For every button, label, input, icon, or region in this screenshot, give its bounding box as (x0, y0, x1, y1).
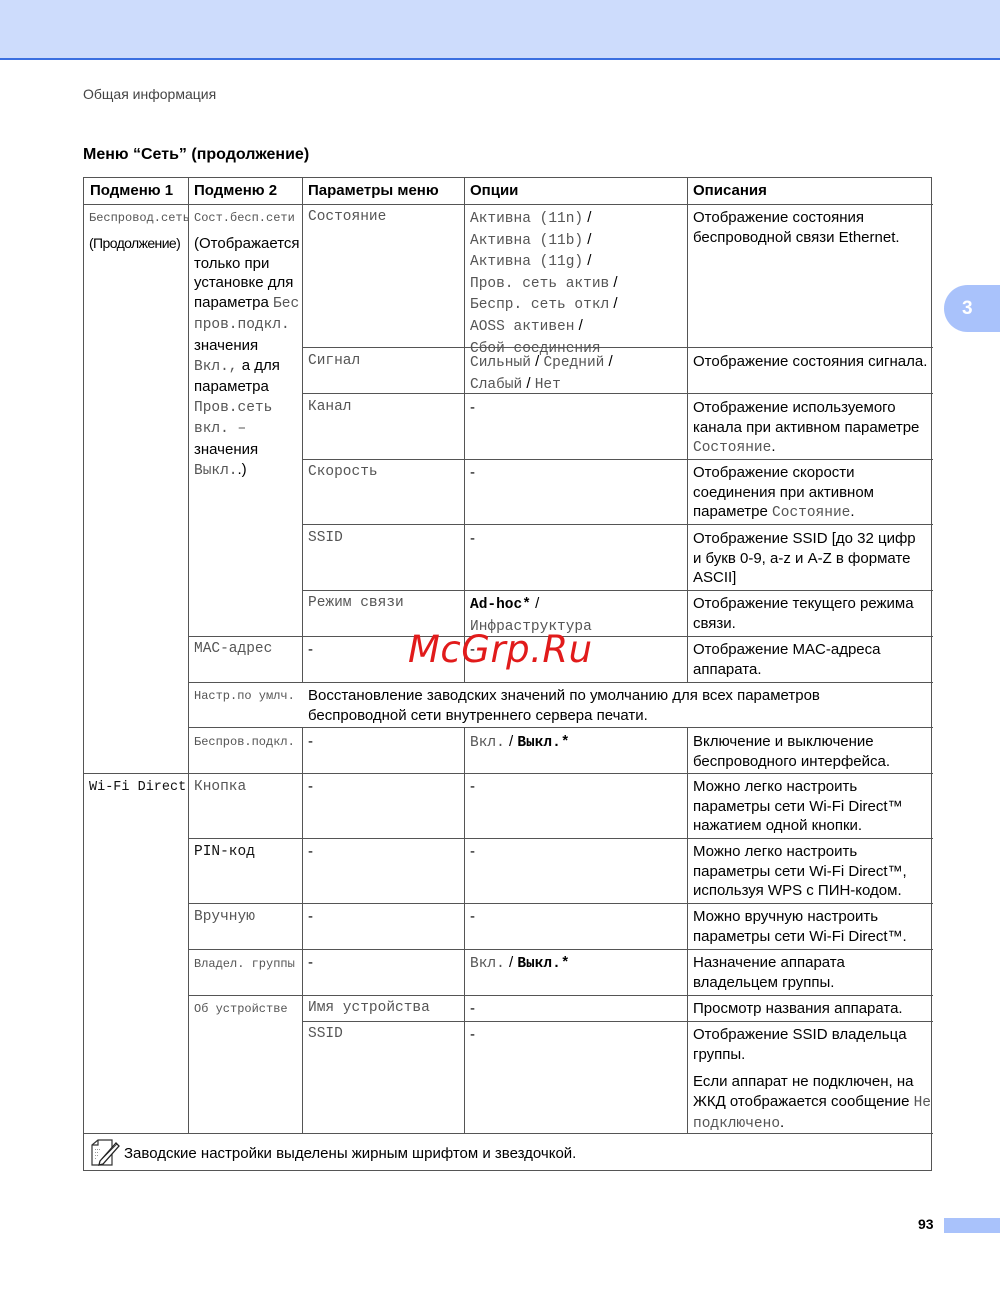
note-lcd-value: Вкл., (194, 359, 238, 375)
note-text: значения (194, 441, 258, 458)
description-wlan-enable: Включение и выключение беспроводного инт… (693, 732, 929, 771)
note-text: .) (238, 461, 247, 478)
options-device-name: - (470, 999, 475, 1019)
options-signal: Сильный / Средний / Слабый / Нет (470, 352, 685, 395)
column-header-descriptions: Описания (693, 181, 767, 201)
submenu2-pin-code: PIN-код (194, 843, 255, 863)
description-signal: Отображение состояния сигнала. (693, 352, 929, 372)
option-value: Активна (11n) (470, 211, 583, 227)
description-defaults: Восстановление заводских значений по умо… (308, 686, 908, 725)
description-text: Если аппарат не подключен, на ЖКД отобра… (693, 1073, 913, 1110)
note-lcd-value: Выкл. (194, 463, 238, 479)
column-header-menu-params: Параметры меню (308, 181, 439, 201)
option-default-value: Выкл.* (517, 735, 569, 751)
option-default-value: Выкл.* (517, 956, 569, 972)
options-channel: - (470, 398, 475, 418)
param-wlan-enable: - (308, 732, 313, 752)
running-head: Общая информация (83, 86, 216, 102)
option-value: Слабый (470, 377, 522, 393)
param-comm-mode: Режим связи (308, 594, 404, 614)
option-value: Вкл. (470, 956, 505, 972)
submenu1-wifi-direct: Wi-Fi Direct (89, 778, 186, 798)
description-text: . (850, 503, 854, 520)
description-mac: Отображение MAC-адреса аппарата. (693, 640, 929, 679)
description-manual: Можно вручную настроить параметры сети W… (693, 907, 931, 946)
param-manual: - (308, 907, 313, 927)
param-channel: Канал (308, 398, 352, 418)
option-value: Инфраструктура (470, 619, 592, 635)
description-group-owner: Назначение аппарата владельцем группы. (693, 953, 931, 992)
submenu1-wireless: Беспровод.сеть (89, 209, 190, 229)
section-title: Меню “Сеть” (продолжение) (83, 146, 309, 164)
note-text: Заводские настройки выделены жирным шриф… (124, 1144, 576, 1164)
note-pencil-icon (90, 1139, 120, 1167)
option-value: Активна (11g) (470, 254, 583, 270)
options-mac: - (470, 640, 475, 660)
option-value: AOSS активен (470, 319, 574, 335)
description-push-button: Можно легко настроить параметры сети Wi-… (693, 777, 931, 836)
param-speed: Скорость (308, 463, 378, 483)
network-menu-table: Подменю 1 Подменю 2 Параметры меню Опции… (83, 177, 932, 1171)
page-number: 93 (918, 1216, 934, 1232)
options-pin-code: - (470, 842, 475, 862)
submenu2-mac-address: MAC-адрес (194, 640, 272, 660)
description-pin-code: Можно легко настроить параметры сети Wi-… (693, 842, 931, 901)
description-channel: Отображение используемого канала при акт… (693, 398, 929, 459)
option-value: Средний (543, 355, 604, 371)
param-ssid: SSID (308, 529, 343, 549)
options-speed: - (470, 463, 475, 483)
option-value: Сильный (470, 355, 531, 371)
submenu2-defaults: Настр.по умлч. (194, 687, 295, 707)
description-ssid: Отображение SSID [до 32 цифр и букв 0-9,… (693, 529, 923, 588)
submenu2-group-owner: Владел. группы (194, 955, 295, 975)
options-wlan-enable: Вкл. / Выкл.* (470, 732, 570, 754)
submenu2-manual: Вручную (194, 908, 255, 928)
options-group-owner: Вкл. / Выкл.* (470, 953, 570, 975)
options-push-button: - (470, 777, 475, 797)
description-text: . (771, 438, 775, 455)
param-owner-ssid: SSID (308, 1025, 343, 1045)
option-value: Пров. сеть актив (470, 276, 609, 292)
column-header-submenu1: Подменю 1 (90, 181, 173, 201)
param-mac: - (308, 640, 313, 660)
submenu2-device-info: Об устройстве (194, 1000, 288, 1020)
description-status: Отображение состояния беспроводной связи… (693, 208, 929, 247)
description-owner-ssid: Отображение SSID владельца группы. (693, 1025, 931, 1064)
param-signal: Сигнал (308, 352, 360, 372)
submenu1-continued-note: (Продолжение) (89, 234, 180, 254)
page-header-band (0, 0, 1000, 60)
submenu2-push-button: Кнопка (194, 778, 246, 798)
page-accent-bar (944, 1218, 1000, 1233)
option-value: Активна (11b) (470, 233, 583, 249)
chapter-number: 3 (962, 298, 973, 320)
column-header-submenu2: Подменю 2 (194, 181, 277, 201)
option-default-value: Ad-hoc* (470, 597, 531, 613)
description-lcd-value: Состояние (772, 505, 850, 521)
description-speed: Отображение скорости соединения при акти… (693, 463, 929, 524)
note-text: значения (194, 337, 258, 354)
note-lcd-value: Пров.сеть вкл. – (194, 400, 272, 438)
submenu2-wlan-enable: Беспров.подкл. (194, 733, 295, 753)
param-device-name: Имя устройства (308, 999, 430, 1019)
submenu2-wireless-status: Сост.бесп.сети (194, 209, 295, 229)
param-status: Состояние (308, 208, 386, 228)
description-text: . (780, 1114, 784, 1131)
column-header-options: Опции (470, 181, 518, 201)
options-ssid: - (470, 529, 475, 549)
option-value: Беспр. сеть откл (470, 297, 609, 313)
param-push-button: - (308, 777, 313, 797)
options-owner-ssid: - (470, 1025, 475, 1045)
param-group-owner: - (308, 953, 313, 973)
description-owner-ssid-not-connected: Если аппарат не подключен, на ЖКД отобра… (693, 1072, 931, 1135)
param-pin-code: - (308, 842, 313, 862)
options-status: Активна (11n) / Активна (11b) / Активна … (470, 208, 685, 359)
options-manual: - (470, 907, 475, 927)
chapter-tab[interactable]: 3 (944, 285, 1000, 332)
submenu2-status-note: (Отображается только при установке для п… (194, 234, 300, 481)
option-value: Нет (535, 377, 561, 393)
options-comm-mode: Ad-hoc* / Инфраструктура (470, 594, 685, 637)
description-comm-mode: Отображение текущего режима связи. (693, 594, 929, 633)
description-text: Отображение используемого канала при акт… (693, 399, 919, 436)
option-value: Вкл. (470, 735, 505, 751)
description-lcd-value: Состояние (693, 440, 771, 456)
description-device-name: Просмотр названия аппарата. (693, 999, 931, 1019)
